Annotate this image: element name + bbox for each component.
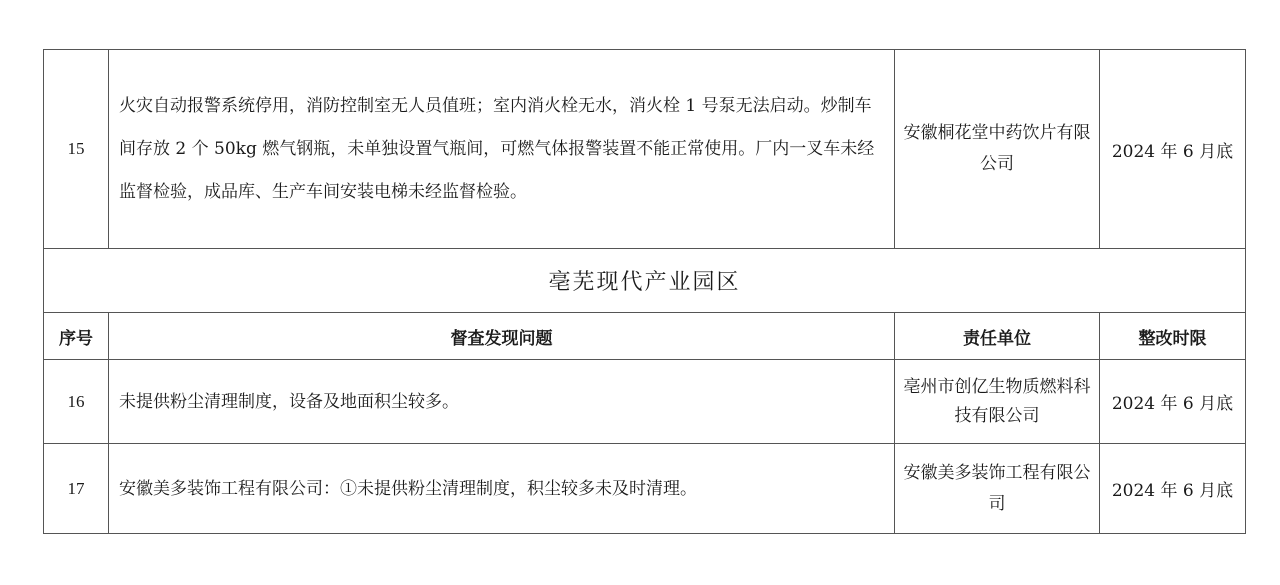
column-header-deadline: 整改时限: [1100, 313, 1246, 360]
deadline: 2024 年 6 月底: [1100, 444, 1246, 534]
column-header-unit: 责任单位: [895, 313, 1100, 360]
row-number: 17: [44, 444, 109, 534]
table-row: 17 安徽美多装饰工程有限公司：①未提供粉尘清理制度，积尘较多未及时清理。 安徽…: [44, 444, 1246, 534]
table-row: 16 未提供粉尘清理制度，设备及地面积尘较多。 亳州市创亿生物质燃料科技有限公司…: [44, 360, 1246, 444]
issue-text: 安徽美多装饰工程有限公司：①未提供粉尘清理制度，积尘较多未及时清理。: [109, 444, 895, 534]
inspection-issues-table: 15 火灾自动报警系统停用，消防控制室无人员值班；室内消火栓无水，消火栓 1 号…: [43, 49, 1246, 534]
deadline: 2024 年 6 月底: [1100, 50, 1246, 249]
row-number: 15: [44, 50, 109, 249]
table-row: 15 火灾自动报警系统停用，消防控制室无人员值班；室内消火栓无水，消火栓 1 号…: [44, 50, 1246, 249]
section-row: 亳芜现代产业园区: [44, 249, 1246, 313]
row-number: 16: [44, 360, 109, 444]
issue-text: 火灾自动报警系统停用，消防控制室无人员值班；室内消火栓无水，消火栓 1 号泵无法…: [109, 50, 895, 249]
responsible-unit: 亳州市创亿生物质燃料科技有限公司: [895, 360, 1100, 444]
responsible-unit: 安徽桐花堂中药饮片有限公司: [895, 50, 1100, 249]
issue-text: 未提供粉尘清理制度，设备及地面积尘较多。: [109, 360, 895, 444]
responsible-unit: 安徽美多装饰工程有限公司: [895, 444, 1100, 534]
table-header-row: 序号 督查发现问题 责任单位 整改时限: [44, 313, 1246, 360]
deadline: 2024 年 6 月底: [1100, 360, 1246, 444]
section-title: 亳芜现代产业园区: [44, 249, 1246, 313]
column-header-issue: 督查发现问题: [109, 313, 895, 360]
column-header-number: 序号: [44, 313, 109, 360]
